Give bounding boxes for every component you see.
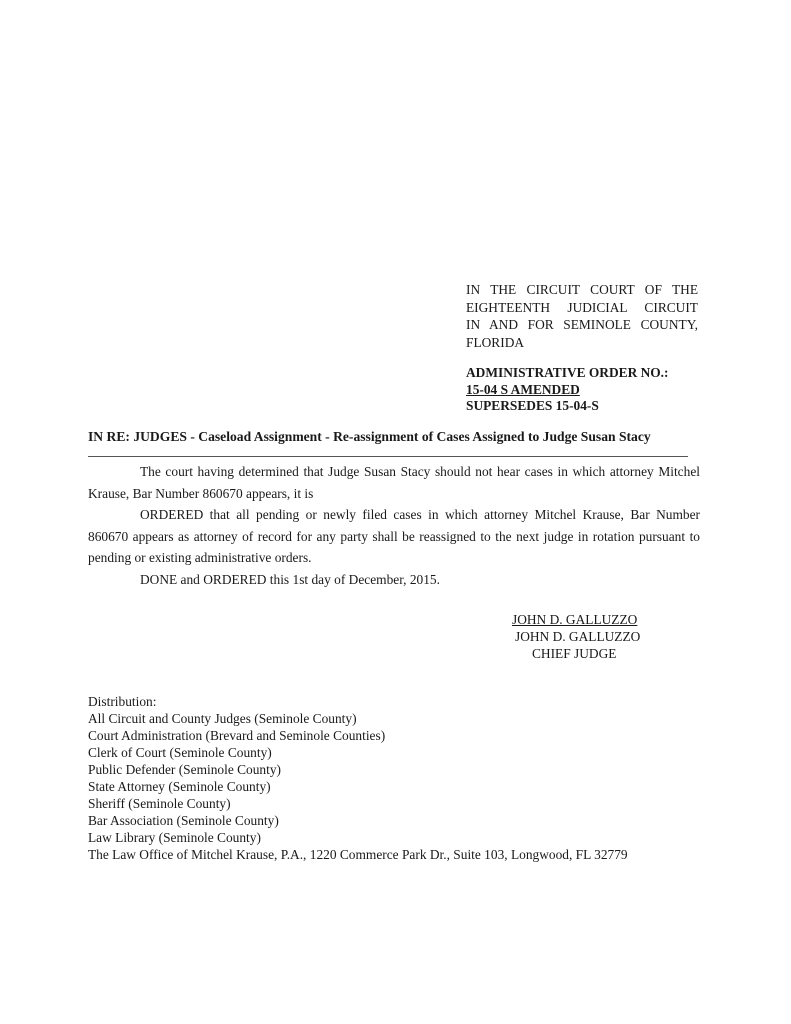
distribution-list: Distribution: All Circuit and County Jud…: [88, 693, 628, 863]
in-re-heading: IN RE: JUDGES - Caseload Assignment - Re…: [88, 429, 651, 445]
divider-rule: [88, 456, 688, 457]
body-paragraph: DONE and ORDERED this 1st day of Decembe…: [88, 569, 700, 591]
administrative-order-block: ADMINISTRATIVE ORDER NO.: 15-04 S AMENDE…: [466, 365, 669, 415]
body-paragraph: The court having determined that Judge S…: [88, 461, 700, 504]
signed-name: JOHN D. GALLUZZO: [512, 611, 640, 628]
distribution-item: The Law Office of Mitchel Krause, P.A., …: [88, 846, 628, 863]
distribution-item: Sheriff (Seminole County): [88, 795, 628, 812]
court-caption: IN THE CIRCUIT COURT OF THE EIGHTEENTH J…: [466, 281, 698, 351]
signer-title: CHIEF JUDGE: [512, 645, 640, 662]
distribution-item: Court Administration (Brevard and Semino…: [88, 727, 628, 744]
caption-line: IN THE CIRCUIT COURT OF THE: [466, 281, 698, 299]
distribution-heading: Distribution:: [88, 693, 628, 710]
signature-block: JOHN D. GALLUZZO JOHN D. GALLUZZO CHIEF …: [512, 611, 640, 662]
distribution-item: State Attorney (Seminole County): [88, 778, 628, 795]
printed-name: JOHN D. GALLUZZO: [512, 628, 640, 645]
distribution-item: Law Library (Seminole County): [88, 829, 628, 846]
caption-line: IN AND FOR SEMINOLE COUNTY,: [466, 316, 698, 334]
body-paragraph: ORDERED that all pending or newly filed …: [88, 504, 700, 569]
order-body: The court having determined that Judge S…: [88, 461, 700, 590]
supersedes-note: SUPERSEDES 15-04-S: [466, 398, 669, 415]
order-number: 15-04 S AMENDED: [466, 382, 669, 399]
order-label: ADMINISTRATIVE ORDER NO.:: [466, 365, 669, 382]
distribution-item: Clerk of Court (Seminole County): [88, 744, 628, 761]
distribution-item: Bar Association (Seminole County): [88, 812, 628, 829]
distribution-item: All Circuit and County Judges (Seminole …: [88, 710, 628, 727]
distribution-item: Public Defender (Seminole County): [88, 761, 628, 778]
caption-line: FLORIDA: [466, 334, 698, 352]
caption-line: EIGHTEENTH JUDICIAL CIRCUIT: [466, 299, 698, 317]
